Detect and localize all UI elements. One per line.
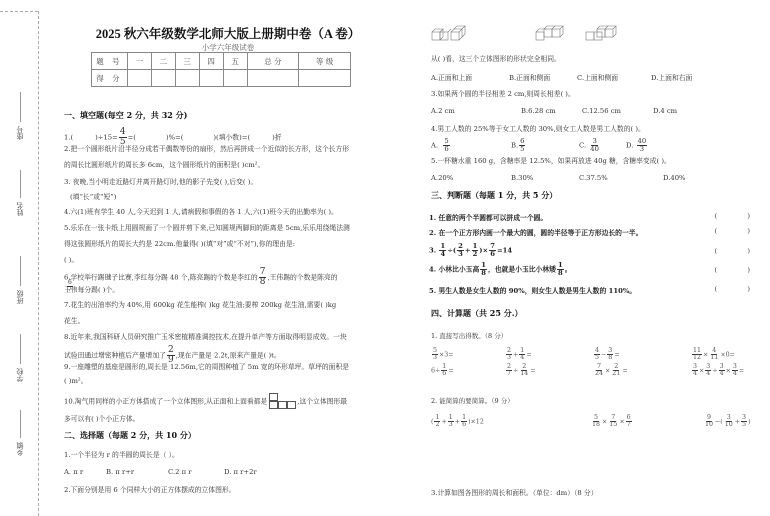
fill-question-4: 4.六(1)班有学生 40 人,今天迟到 1 人,请病假和事假的各 1 人,六(… bbox=[64, 207, 338, 217]
calc-item: (12+13+16)×12 bbox=[431, 415, 484, 429]
calc-sub2-title: 2. 能简算的要简算。（9 分） bbox=[431, 396, 514, 406]
binding-field-township: 乡镇 bbox=[14, 410, 26, 456]
left-page: 2025 秋六年级数学北师大版上册期中卷（A 卷） 小学六年级试卷 题 号 一 … bbox=[58, 0, 418, 516]
score-cell[interactable] bbox=[199, 70, 223, 87]
score-cell[interactable] bbox=[151, 70, 175, 87]
answer-paren[interactable]: ( ) bbox=[715, 247, 764, 255]
calc-item: 910−(310+35) bbox=[703, 415, 751, 429]
score-cell[interactable] bbox=[299, 70, 351, 87]
score-header-cell: 二 bbox=[151, 53, 175, 70]
section1-title: 一、填空题(每空 2 分，共 32 分) bbox=[64, 110, 187, 121]
score-cell[interactable] bbox=[175, 70, 199, 87]
fraction: 78 bbox=[259, 268, 267, 287]
fill-question-5-line3: ( )。 bbox=[64, 255, 78, 265]
score-cell[interactable] bbox=[247, 70, 299, 87]
cube-figure-1 bbox=[431, 24, 471, 44]
section3-title: 三、判断题（每题 1 分，共 5 分） bbox=[431, 190, 557, 201]
fill-question-6-line2: 王伟每分踢( )个。 bbox=[64, 285, 119, 295]
fill-question-10-line1: 10.淘气用同样的小正方体搭成了一个立体图形,从正面和上面看都是,这个立体图形最 bbox=[64, 393, 347, 411]
binding-field-name: 姓名 bbox=[14, 170, 26, 216]
score-header-cell: 一 bbox=[128, 53, 152, 70]
choice-option[interactable]: A. 56 bbox=[431, 138, 451, 153]
calc-item: 53×3= bbox=[431, 348, 454, 362]
judge-item-4: 4. 小林比小玉高18，也就是小玉比小林矮18。 ( ) bbox=[429, 262, 764, 277]
judge-item-5: 5. 男生人数是女生人数的 90%，则女生人数是男生人数的 110%。( ) bbox=[429, 285, 764, 295]
score-cell[interactable] bbox=[128, 70, 152, 87]
calc-item: 45−38= bbox=[593, 348, 620, 362]
binding-dashed-line bbox=[38, 11, 39, 516]
fill-question-9-line1: 9.一座雕塑的基座是圆形的,周长是 12.56m,它的周围种植了 5m 宽的环形… bbox=[64, 362, 349, 372]
choice-option[interactable]: D.40% bbox=[663, 174, 685, 182]
score-header-cell: 等 级 bbox=[299, 53, 351, 70]
choice-option[interactable]: C. 340 bbox=[579, 138, 601, 153]
choice-option[interactable]: B.30% bbox=[511, 174, 533, 182]
score-table-header-row: 题 号 一 二 三 四 五 总 分 等 级 bbox=[92, 53, 351, 70]
score-table-score-row: 得 分 bbox=[92, 70, 351, 87]
choice-option[interactable]: A.20% bbox=[431, 174, 453, 182]
calc-item: 1112×411×0= bbox=[691, 348, 735, 362]
calc-item: 27÷214= bbox=[505, 364, 536, 378]
choice-option[interactable]: D.4 cm bbox=[653, 107, 677, 115]
choice-question-2: 2.下面分别是用 6 个同样大小的正方体摆成的立体图形。 bbox=[64, 485, 235, 495]
choice-option[interactable]: B.65 bbox=[511, 138, 526, 153]
calc-item: 518×715×67 bbox=[590, 415, 633, 429]
score-header-cell: 总 分 bbox=[247, 53, 299, 70]
binding-field-seat-number: 座号 bbox=[14, 92, 26, 140]
choice-option[interactable]: C.2 π r bbox=[168, 468, 191, 476]
choice-option[interactable]: C.37.5% bbox=[579, 174, 608, 182]
score-cell[interactable] bbox=[223, 70, 247, 87]
fill-question-10-line2: 多可以有( )个小正方体。 bbox=[64, 414, 139, 424]
fill-question-5-line1: 5.乐乐在一张卡纸上用圆规画了一个圆并剪下来,已知圆规两脚间的距离是 5cm,乐… bbox=[64, 223, 350, 233]
fill-question-2-line1: 2.把一个圆形纸片沿半径分成若干偶数等份的扇形，然后再拼成一个近似的长方形，这个… bbox=[64, 144, 349, 154]
fill-question-5-line2: 得这张圆形纸片的周长大约是 22cm.他量得( )(填“对”或“不对”),你的理… bbox=[64, 239, 295, 249]
answer-paren[interactable]: ( ) bbox=[715, 285, 764, 293]
score-table: 题 号 一 二 三 四 五 总 分 等 级 得 分 bbox=[91, 52, 351, 87]
choice-option[interactable]: B.6.28 cm bbox=[521, 107, 556, 115]
choice-question-2-continued: 从( )看，这三个立体图形的形状完全相同。 bbox=[431, 54, 561, 64]
score-header-cell: 三 bbox=[175, 53, 199, 70]
calc-item: 724×221= bbox=[593, 364, 628, 378]
fill-question-3-line2: (填“长”或“短”) bbox=[70, 192, 116, 202]
fill-question-7-line1: 7.花生的出油率约为 40%,用 600kg 花生能榨( )kg 花生油;要榨 … bbox=[64, 300, 336, 310]
choice-question-3: 3.如果两个圆的半径相差 2 cm,则周长相差( )。 bbox=[431, 89, 575, 99]
exam-title: 2025 秋六年级数学北师大版上册期中卷（A 卷） bbox=[78, 24, 378, 42]
score-row-label: 得 分 bbox=[92, 70, 128, 87]
choice-option[interactable]: A.正面和上面 bbox=[431, 72, 472, 82]
calc-sub3-title: 3.计算如图各图形的周长和面积。（单位：dm）（8 分） bbox=[431, 488, 598, 498]
choice-option[interactable]: D. 403 bbox=[626, 138, 648, 153]
choice-option[interactable]: C.上面和侧面 bbox=[577, 72, 618, 82]
score-header-cell: 四 bbox=[199, 53, 223, 70]
calc-item: 34×34÷34×34= bbox=[691, 364, 744, 378]
fill-question-8-line1: 8.近年来,我国科研人员研究推广玉米密植精准调控技术,在提升单产等方面取得明显成… bbox=[64, 332, 347, 342]
binding-field-class: 班级 bbox=[14, 256, 26, 304]
judge-item-3: 3. 14÷(23+12)×76=14 ( ) bbox=[429, 243, 764, 258]
answer-paren[interactable]: ( ) bbox=[715, 212, 764, 220]
calc-sub1-title: 1. 直接写出得数。（8 分） bbox=[431, 331, 507, 341]
choice-option[interactable]: B.正面和侧面 bbox=[509, 72, 550, 82]
section2-title: 二、选择题（每题 2 分，共 10 分） bbox=[64, 430, 196, 441]
view-grid-figure bbox=[269, 393, 295, 410]
cube-figure-3 bbox=[585, 24, 625, 44]
choice-option[interactable]: C.12.56 cm bbox=[582, 107, 621, 115]
score-header-cell: 五 bbox=[223, 53, 247, 70]
answer-paren[interactable]: ( ) bbox=[715, 266, 764, 274]
score-header-cell: 题 号 bbox=[92, 53, 128, 70]
calc-item: 6÷16= bbox=[431, 364, 454, 378]
cube-figure-2 bbox=[535, 24, 575, 44]
choice-question-4: 4.男工人数的 25%等于女工人数的 30%,则女工人数是男工人数的( )。 bbox=[431, 124, 645, 134]
fill-question-2-line2: 的周长比圆形纸片的周长多 6cm，这个圆形纸片的面积是( )cm²。 bbox=[64, 160, 264, 170]
choice-option[interactable]: B. π r+r bbox=[106, 468, 134, 476]
binding-top-dashed-line bbox=[0, 11, 38, 12]
choice-question-1: 1.一个半径为 r 的半圆的周长是（ ）。 bbox=[64, 450, 179, 460]
choice-option[interactable]: D.上面和右面 bbox=[651, 72, 692, 82]
answer-paren[interactable]: ( ) bbox=[715, 227, 764, 235]
choice-option[interactable]: D. π r+2r bbox=[224, 468, 257, 476]
choice-option[interactable]: A.2 cm bbox=[431, 107, 455, 115]
calc-item: 23+14= bbox=[505, 348, 532, 362]
fill-question-7-line2: 花生。 bbox=[64, 316, 84, 326]
judge-item-1: 1. 任意的两个半圆都可以拼成一个圆。( ) bbox=[429, 212, 764, 222]
fill-question-9-line2: ( )m²。 bbox=[64, 376, 87, 386]
section4-title: 四、计算题（共 25 分.） bbox=[431, 308, 523, 319]
judge-item-2: 2. 在一个正方形内画一个最大的圆，圆的半径等于正方形边长的一半。( ) bbox=[429, 227, 764, 237]
fill-question-3-line1: 3. 夜晚,当小明走近路灯并离开路灯时,他的影子先变( ),后变( )。 bbox=[64, 177, 257, 187]
binding-field-school: 学校 bbox=[14, 334, 26, 382]
right-page: 从( )看，这三个立体图形的形状完全相同。 A.正面和上面 B.正面和侧面 C.… bbox=[425, 0, 770, 516]
choice-question-5: 5.一杯糖水重 160 g，含糖率是 12.5%，如果再放进 40g 糖，含糖率… bbox=[431, 156, 671, 166]
choice-option[interactable]: A. π r bbox=[64, 468, 83, 476]
